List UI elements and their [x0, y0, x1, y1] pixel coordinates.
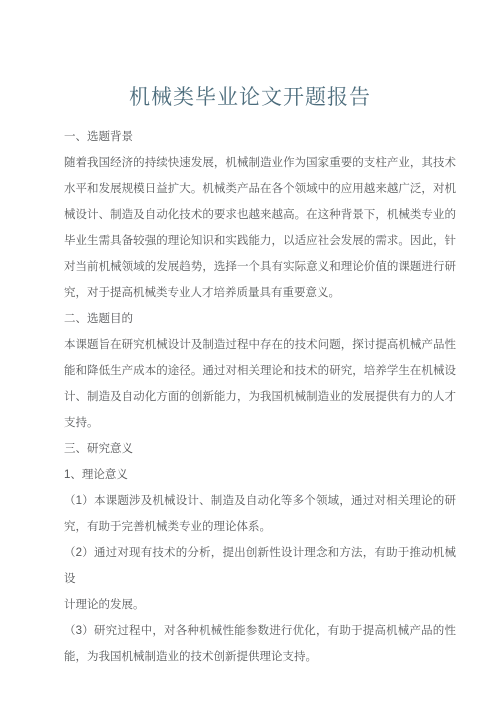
paragraph-line: （2）通过对现有技术的分析，提出创新性设计理念和方法，有助于推动机械设: [64, 540, 456, 592]
paragraph-line: 能和降低生产成本的途径。通过对相关理论和技术的研究，培养学生在机械设: [64, 358, 456, 384]
paragraph-line: 水平和发展规模日益扩大。机械类产品在各个领域中的应用越来越广泛，对机: [64, 176, 456, 202]
document-body: 一、选题背景 随着我国经济的持续快速发展，机械制造业作为国家重要的支柱产业，其技…: [64, 124, 456, 670]
paragraph-line: 能，为我国机械制造业的技术创新提供理论支持。: [64, 644, 456, 670]
section-heading-1: 一、选题背景: [64, 124, 456, 150]
paragraph-line: 械设计、制造及自动化技术的要求也越来越高。在这种背景下，机械类专业的: [64, 202, 456, 228]
paragraph-line: 本课题旨在研究机械设计及制造过程中存在的技术问题，探讨提高机械产品性: [64, 332, 456, 358]
paragraph-line: 计理论的发展。: [64, 592, 456, 618]
paragraph-line: 计、制造及自动化方面的创新能力，为我国机械制造业的发展提供有力的人才: [64, 384, 456, 410]
paragraph-line: （3）研究过程中，对各种机械性能参数进行优化，有助于提高机械产品的性: [64, 618, 456, 644]
paragraph-line: （1）本课题涉及机械设计、制造及自动化等多个领域，通过对相关理论的研: [64, 488, 456, 514]
paragraph-line: 毕业生需具备较强的理论知识和实践能力，以适应社会发展的需求。因此，针: [64, 228, 456, 254]
section-heading-3: 三、研究意义: [64, 436, 456, 462]
paragraph-line: 对当前机械领域的发展趋势，选择一个具有实际意义和理论价值的课题进行研: [64, 254, 456, 280]
paragraph-line: 支持。: [64, 410, 456, 436]
subsection-heading: 1、理论意义: [64, 462, 456, 488]
paragraph-line: 究，对于提高机械类专业人才培养质量具有重要意义。: [64, 280, 456, 306]
paragraph-line: 随着我国经济的持续快速发展，机械制造业作为国家重要的支柱产业，其技术: [64, 150, 456, 176]
section-heading-2: 二、选题目的: [64, 306, 456, 332]
document-title: 机械类毕业论文开题报告: [0, 84, 500, 111]
document-page: 机械类毕业论文开题报告 一、选题背景 随着我国经济的持续快速发展，机械制造业作为…: [0, 0, 500, 707]
paragraph-line: 究，有助于完善机械类专业的理论体系。: [64, 514, 456, 540]
